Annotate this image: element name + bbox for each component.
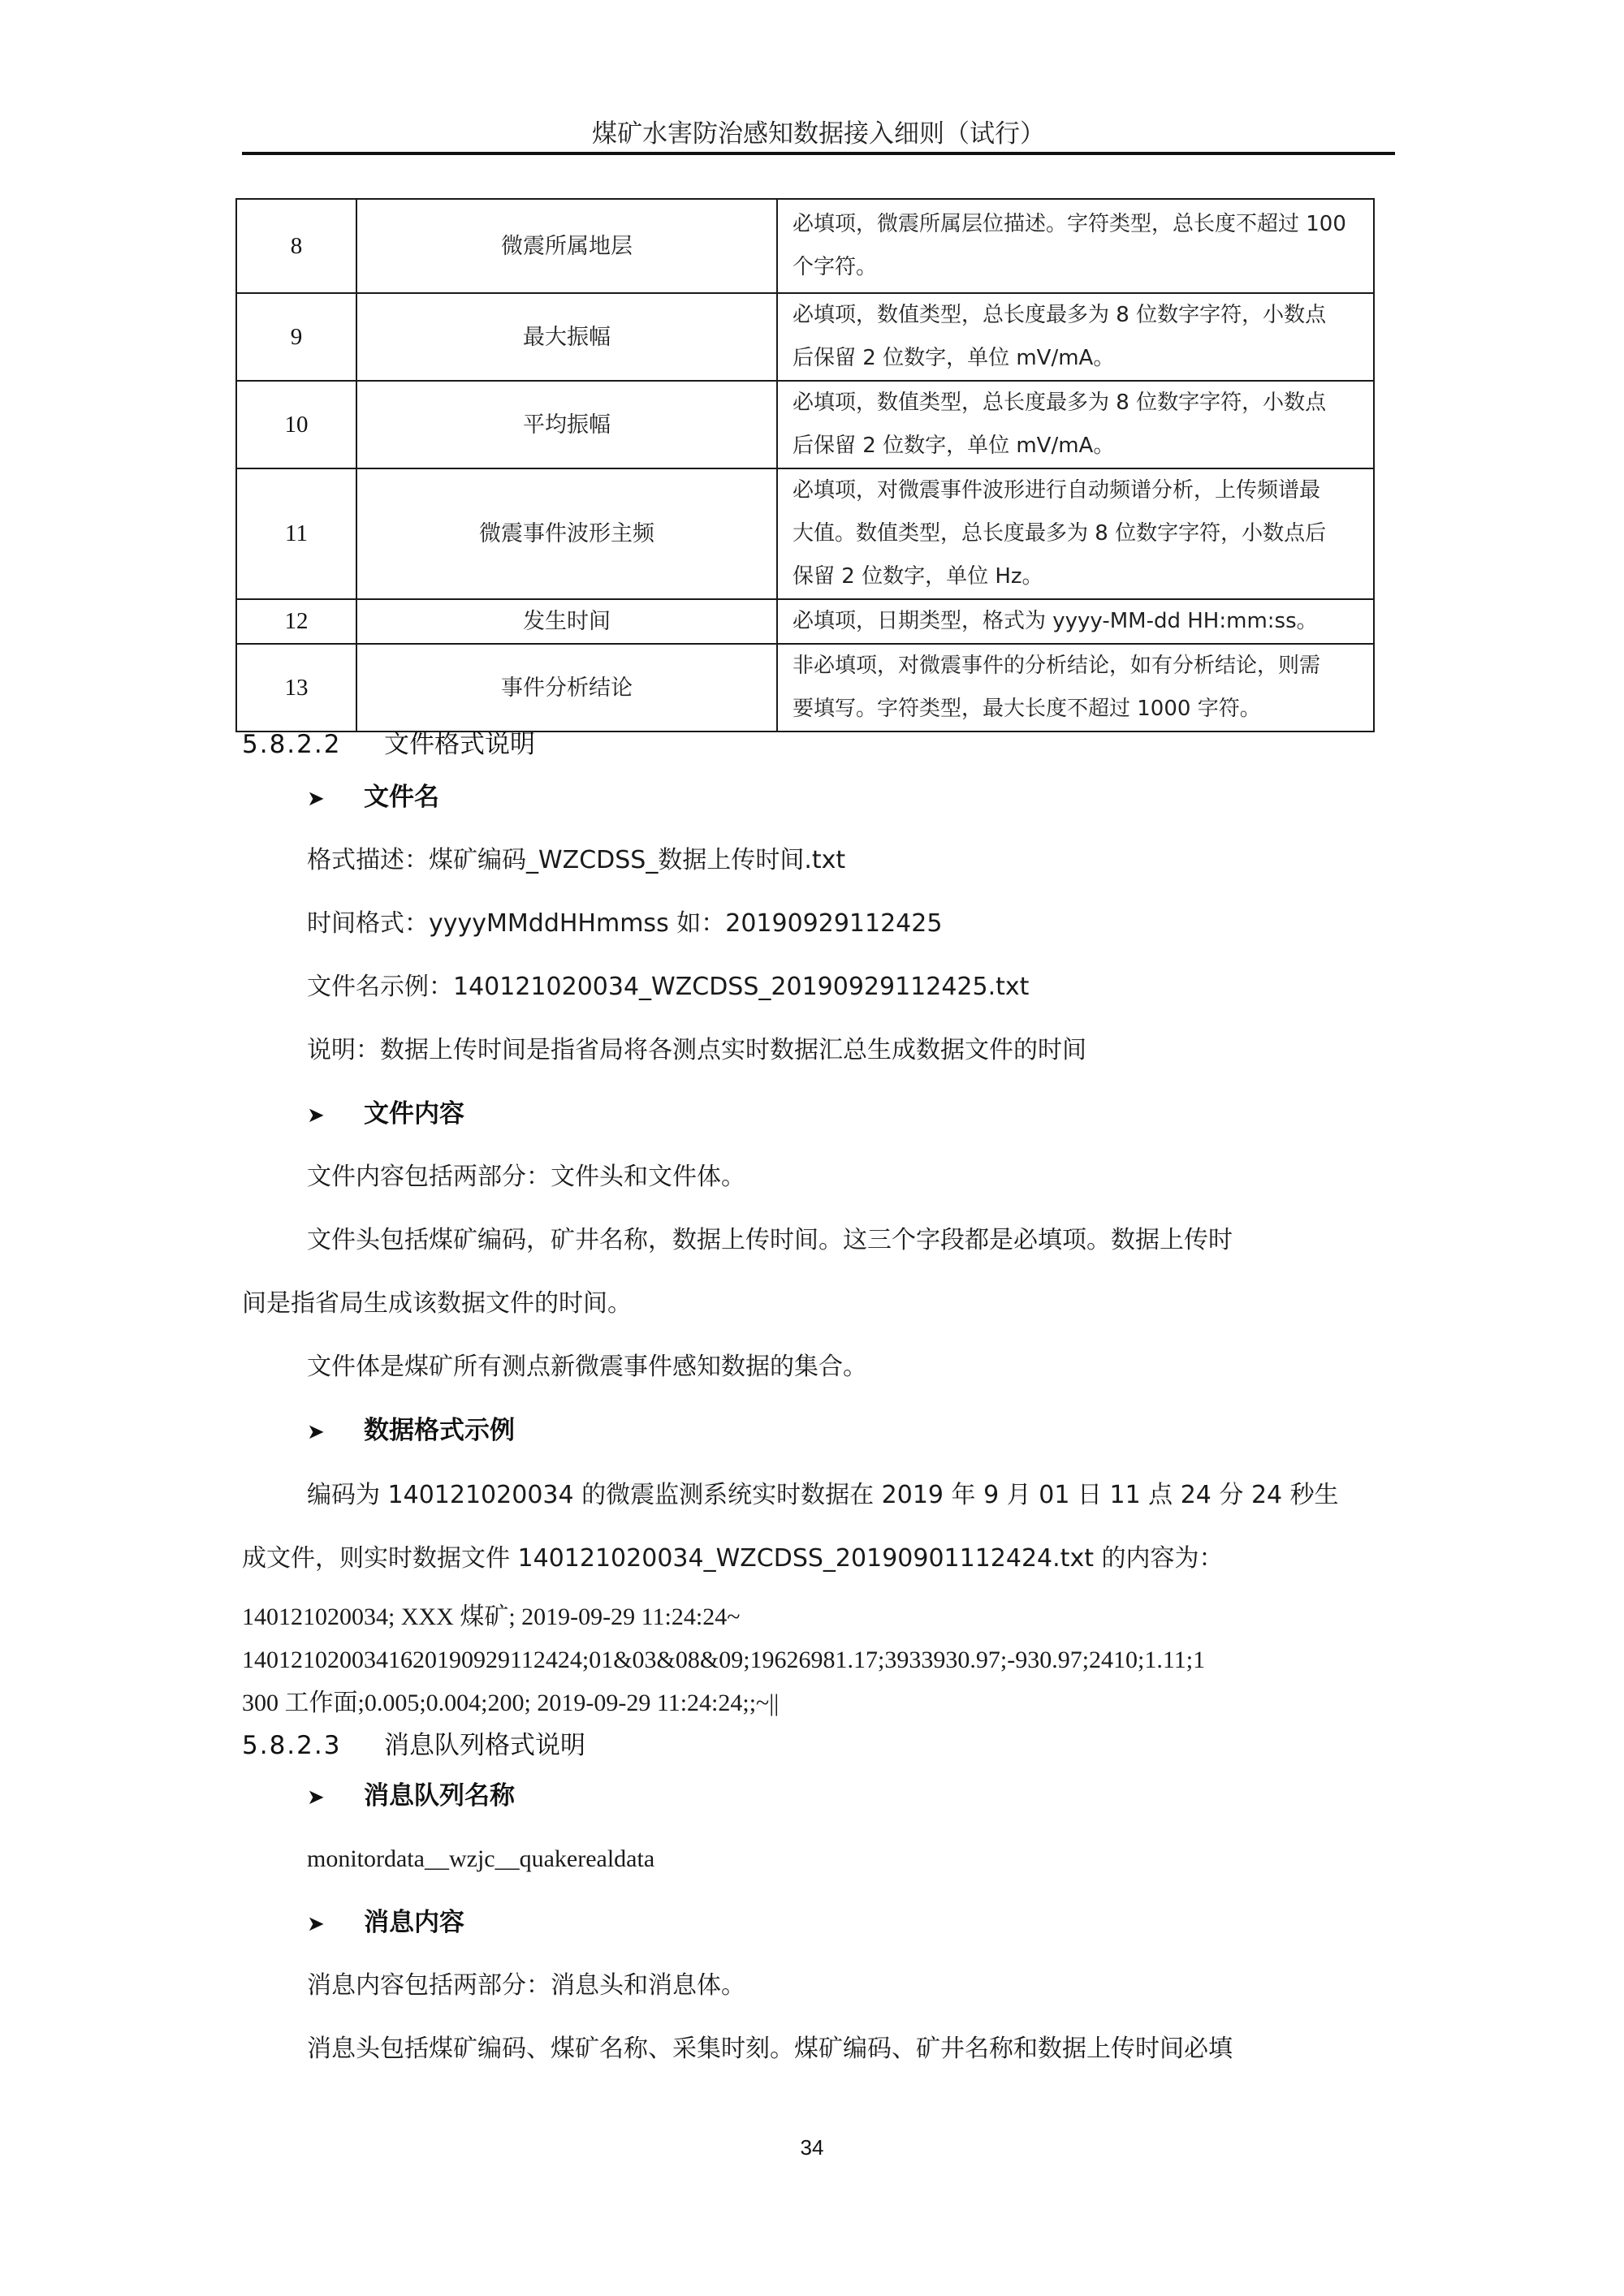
description-line: 必填项，日期类型，格式为 yyyy-MM-dd HH:mm:ss。 <box>793 600 1358 643</box>
description-line: 后保留 2 位数字，单位 mV/mA。 <box>793 425 1358 468</box>
description-line: 要填写。字符类型，最大长度不超过 1000 字符。 <box>793 688 1358 731</box>
page-number: 34 <box>0 2135 1624 2160</box>
description-line: 保留 2 位数字，单位 Hz。 <box>793 555 1358 598</box>
subheading-filename: ➤文件名 <box>307 781 439 815</box>
field-description: 必填项，数值类型，总长度最多为 8 位数字字符，小数点 后保留 2 位数字，单位… <box>777 381 1374 468</box>
example-data-line: 140121020034; XXX 煤矿; 2019-09-29 11:24:2… <box>242 1601 740 1634</box>
row-number: 11 <box>236 468 356 599</box>
field-name: 微震所属地层 <box>356 199 777 293</box>
subheading-queue-name: ➤消息队列名称 <box>307 1780 515 1814</box>
row-number: 12 <box>236 599 356 644</box>
subheading-label: 消息队列名称 <box>364 1781 515 1810</box>
example-data-line: 300 工作面;0.005;0.004;200; 2019-09-29 11:2… <box>242 1687 779 1720</box>
file-content-p3: 文件体是煤矿所有测点新微震事件感知数据的集合。 <box>307 1351 867 1383</box>
section-number: 5.8.2.2 <box>242 728 384 761</box>
subheading-file-content: ➤文件内容 <box>307 1098 464 1132</box>
filename-format-desc: 格式描述：煤矿编码_WZCDSS_数据上传时间.txt <box>307 844 845 877</box>
description-line: 个字符。 <box>793 246 1358 289</box>
table-row: 11 微震事件波形主频 必填项，对微震事件波形进行自动频谱分析，上传频谱最 大值… <box>236 468 1374 599</box>
table-row: 8 微震所属地层 必填项，微震所属层位描述。字符类型，总长度不超过 100 个字… <box>236 199 1374 293</box>
filename-note: 说明：数据上传时间是指省局将各测点实时数据汇总生成数据文件的时间 <box>307 1034 1086 1067</box>
arrowhead-right-icon: ➤ <box>307 1781 364 1814</box>
field-name: 最大振幅 <box>356 293 777 381</box>
subheading-label: 消息内容 <box>364 1908 464 1937</box>
field-description: 必填项，日期类型，格式为 yyyy-MM-dd HH:mm:ss。 <box>777 599 1374 644</box>
section-title: 消息队列格式说明 <box>384 1731 585 1760</box>
running-header: 煤矿水害防治感知数据接入细则（试行） <box>242 114 1395 156</box>
description-line: 必填项，数值类型，总长度最多为 8 位数字字符，小数点 <box>793 294 1358 337</box>
file-content-p2-line2: 间是指省局生成该数据文件的时间。 <box>242 1288 632 1320</box>
table-row: 13 事件分析结论 非必填项，对微震事件的分析结论，如有分析结论，则需 要填写。… <box>236 644 1374 732</box>
description-line: 大值。数值类型，总长度最多为 8 位数字字符，小数点后 <box>793 512 1358 555</box>
subheading-data-example: ➤数据格式示例 <box>307 1414 515 1448</box>
section-heading-5822: 5.8.2.2文件格式说明 <box>242 728 535 761</box>
description-line: 非必填项，对微震事件的分析结论，如有分析结论，则需 <box>793 645 1358 688</box>
subheading-message-content: ➤消息内容 <box>307 1906 464 1940</box>
field-description: 必填项，微震所属层位描述。字符类型，总长度不超过 100 个字符。 <box>777 199 1374 293</box>
queue-name-value: monitordata__wzjc__quakerealdata <box>307 1843 654 1875</box>
table-row: 9 最大振幅 必填项，数值类型，总长度最多为 8 位数字字符，小数点 后保留 2… <box>236 293 1374 381</box>
field-name: 事件分析结论 <box>356 644 777 732</box>
header-rule <box>242 152 1395 155</box>
file-content-p1: 文件内容包括两部分：文件头和文件体。 <box>307 1161 745 1193</box>
message-content-p2: 消息头包括煤矿编码、煤矿名称、采集时刻。煤矿编码、矿井名称和数据上传时间必填 <box>307 2033 1233 2065</box>
arrowhead-right-icon: ➤ <box>307 1908 364 1940</box>
row-number: 13 <box>236 644 356 732</box>
field-name: 微震事件波形主频 <box>356 468 777 599</box>
field-name: 发生时间 <box>356 599 777 644</box>
description-line: 必填项，数值类型，总长度最多为 8 位数字字符，小数点 <box>793 382 1358 425</box>
field-description: 非必填项，对微震事件的分析结论，如有分析结论，则需 要填写。字符类型，最大长度不… <box>777 644 1374 732</box>
table-row: 12 发生时间 必填项，日期类型，格式为 yyyy-MM-dd HH:mm:ss… <box>236 599 1374 644</box>
arrowhead-right-icon: ➤ <box>307 1416 364 1448</box>
example-data-line: 14012102003416201909291124​24;01&03&08&0… <box>242 1644 1205 1677</box>
description-line: 必填项，微震所属层位描述。字符类型，总长度不超过 100 <box>793 203 1358 246</box>
section-title: 文件格式说明 <box>384 730 535 759</box>
field-spec-table: 8 微震所属地层 必填项，微震所属层位描述。字符类型，总长度不超过 100 个字… <box>235 198 1375 732</box>
field-description: 必填项，数值类型，总长度最多为 8 位数字字符，小数点 后保留 2 位数字，单位… <box>777 293 1374 381</box>
row-number: 10 <box>236 381 356 468</box>
field-name: 平均振幅 <box>356 381 777 468</box>
filename-time-format: 时间格式：yyyyMMddHHmmss 如：20190929112425 <box>307 908 942 940</box>
file-content-p2-line1: 文件头包括煤矿编码，矿井名称，数据上传时间。这三个字段都是必填项。数据上传时 <box>307 1224 1233 1257</box>
row-number: 9 <box>236 293 356 381</box>
description-line: 后保留 2 位数字，单位 mV/mA。 <box>793 337 1358 380</box>
field-description: 必填项，对微震事件波形进行自动频谱分析，上传频谱最 大值。数值类型，总长度最多为… <box>777 468 1374 599</box>
table-row: 10 平均振幅 必填项，数值类型，总长度最多为 8 位数字字符，小数点 后保留 … <box>236 381 1374 468</box>
example-p1-line2: 成文件，则实时数据文件 140121020034_WZCDSS_20190901… <box>242 1543 1224 1575</box>
section-number: 5.8.2.3 <box>242 1729 384 1762</box>
arrowhead-right-icon: ➤ <box>307 1099 364 1132</box>
arrowhead-right-icon: ➤ <box>307 783 364 815</box>
description-line: 必填项，对微震事件波形进行自动频谱分析，上传频谱最 <box>793 469 1358 512</box>
subheading-label: 文件内容 <box>364 1099 464 1129</box>
section-heading-5823: 5.8.2.3消息队列格式说明 <box>242 1729 585 1762</box>
example-p1-line1: 编码为 140121020034 的微震监测系统实时数据在 2019 年 9 月… <box>307 1479 1339 1512</box>
message-content-p1: 消息内容包括两部分：消息头和消息体。 <box>307 1970 745 2002</box>
filename-example: 文件名示例：140121020034_WZCDSS_20190929112425… <box>307 971 1029 1003</box>
subheading-label: 文件名 <box>364 783 439 812</box>
row-number: 8 <box>236 199 356 293</box>
subheading-label: 数据格式示例 <box>364 1416 515 1445</box>
